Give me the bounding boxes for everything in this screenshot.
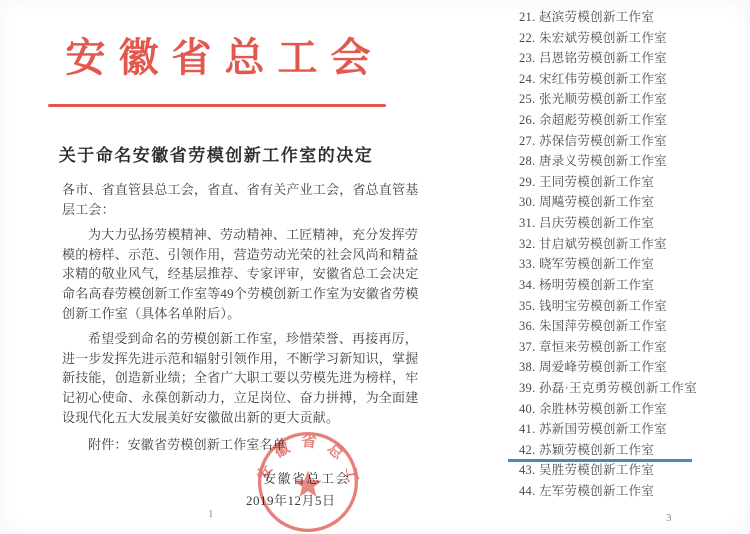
list-item: 29. 王同劳模创新工作室 bbox=[519, 172, 744, 193]
body-line: 为大力弘扬劳模精神、劳动精神、工匠精神，充分发挥劳 bbox=[62, 225, 406, 245]
list-item: 33. 晓军劳模创新工作室 bbox=[519, 254, 744, 275]
document-body: 各市、省直管县总工会，省直、省有关产业工会，省总直管基 层工会： 为大力弘扬劳模… bbox=[62, 180, 406, 455]
body-line: 命名高春劳模创新工作室等49个劳模创新工作室为安徽省劳模 bbox=[62, 284, 406, 304]
official-seal: 安徽省总工会 bbox=[256, 430, 360, 534]
body-line: 层工会： bbox=[62, 200, 406, 220]
body-line: 各市、省直管县总工会，省直、省有关产业工会，省总直管基 bbox=[62, 180, 406, 200]
body-line: 新技能，创造新业绩；全省广大职工要以劳模先进为榜样，牢 bbox=[62, 368, 406, 388]
list-item: 26. 余超彪劳模创新工作室 bbox=[519, 110, 744, 131]
body-line: 求精的敬业风气，经基层推荐、专家评审，安徽省总工会决定 bbox=[62, 264, 406, 284]
body-line: 设现代化五大发展美好安徽做出新的更大贡献。 bbox=[62, 408, 406, 428]
list-item: 34. 杨明劳模创新工作室 bbox=[519, 275, 744, 296]
list-item: 42. 苏颖劳模创新工作室 bbox=[519, 440, 744, 461]
body-line: 模的榜样、示范、引领作用，营造劳动光荣的社会风尚和精益 bbox=[62, 245, 406, 265]
list-item: 44. 左军劳模创新工作室 bbox=[519, 481, 744, 502]
list-item: 35. 钱明宝劳模创新工作室 bbox=[519, 296, 744, 317]
list-item: 38. 周爱峰劳模创新工作室 bbox=[519, 357, 744, 378]
page-number-left: 1 bbox=[208, 508, 214, 520]
page-number-right: 3 bbox=[666, 512, 672, 524]
list-item: 24. 宋红伟劳模创新工作室 bbox=[519, 69, 744, 90]
list-item: 41. 苏新国劳模创新工作室 bbox=[519, 419, 744, 440]
list-item: 27. 苏保信劳模创新工作室 bbox=[519, 131, 744, 152]
studio-list: 21. 赵滨劳模创新工作室22. 朱宏斌劳模创新工作室23. 吕恩铭劳模创新工作… bbox=[519, 7, 744, 502]
list-item: 40. 余胜林劳模创新工作室 bbox=[519, 399, 744, 420]
list-item: 31. 吕庆劳模创新工作室 bbox=[519, 213, 744, 234]
body-line: 记初心使命、永葆创新动力，立足岗位、奋力拼搏，为全面建 bbox=[62, 388, 406, 408]
letterhead-divider bbox=[48, 104, 386, 107]
body-line: 创新工作室（具体名单附后）。 bbox=[62, 304, 406, 324]
list-item: 37. 章恒来劳模创新工作室 bbox=[519, 337, 744, 358]
star-icon bbox=[294, 471, 322, 497]
list-item: 28. 唐录义劳模创新工作室 bbox=[519, 151, 744, 172]
list-item: 30. 周飚劳模创新工作室 bbox=[519, 192, 744, 213]
list-item: 32. 甘启斌劳模创新工作室 bbox=[519, 234, 744, 255]
letterhead-org-name: 安徽省总工会 bbox=[44, 26, 392, 83]
list-item: 39. 孙磊·王克勇劳模创新工作室 bbox=[519, 378, 744, 399]
highlight-underline bbox=[508, 459, 692, 462]
list-item: 21. 赵滨劳模创新工作室 bbox=[519, 7, 744, 28]
list-item: 43. 吴胜劳模创新工作室 bbox=[519, 460, 744, 481]
list-item: 23. 吕恩铭劳模创新工作室 bbox=[519, 48, 744, 69]
list-item: 25. 张光顺劳模创新工作室 bbox=[519, 89, 744, 110]
scanned-document: 安徽省总工会 关于命名安徽省劳模创新工作室的决定 各市、省直管县总工会，省直、省… bbox=[0, 0, 750, 534]
list-item: 36. 朱国萍劳模创新工作室 bbox=[519, 316, 744, 337]
list-item: 22. 朱宏斌劳模创新工作室 bbox=[519, 28, 744, 49]
document-title: 关于命名安徽省劳模创新工作室的决定 bbox=[38, 141, 394, 166]
body-line: 希望受到命名的劳模创新工作室，珍惜荣誉、再接再厉， bbox=[62, 329, 406, 349]
body-line: 进一步发挥先进示范和辐射引领作用，不断学习新知识，掌握 bbox=[62, 349, 406, 369]
